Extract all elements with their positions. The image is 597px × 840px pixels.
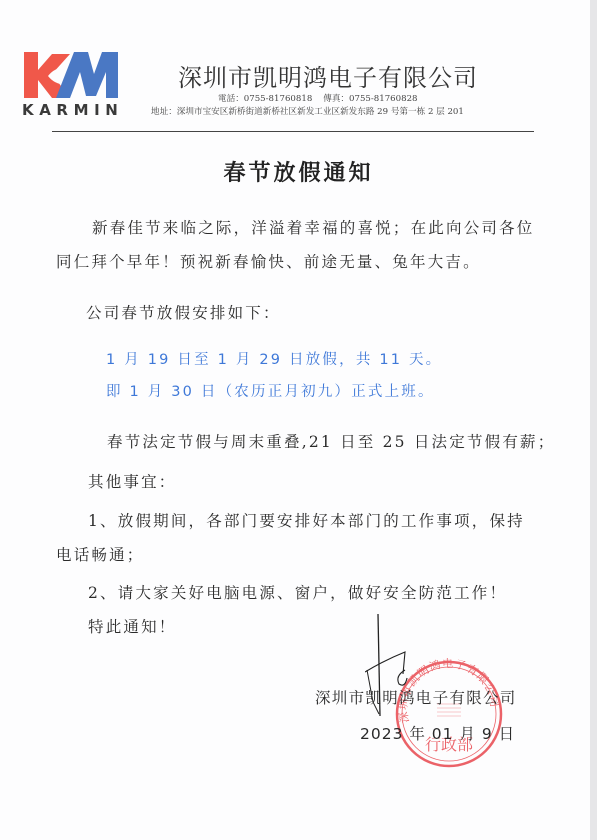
schedule-return: 即 1 月 30 日（农历正月初九）正式上班。 [106,380,435,401]
item-1-line-1: 1、放假期间，各部门要安排好本部门的工作事项，保持 [88,509,525,531]
greeting-line-1: 新春佳节来临之际，洋溢着幸福的喜悦；在此向公司各位 [92,216,535,238]
page-edge-strip [590,0,597,840]
legal-holiday-note: 春节法定节假与周末重叠,21 日至 25 日法定节假有薪； [107,430,555,452]
letterhead-contact: 電話：0755-81760818 傳真：0755-81760828 [218,92,418,104]
item-2: 2、请大家关好电脑电源、窗户，做好安全防范工作！ [88,581,507,603]
letterhead-divider [52,131,534,132]
logo-wordmark: KARMIN [22,101,122,119]
letterhead-company-name: 深圳市凯明鸿电子有限公司 [178,58,478,93]
closing-line: 特此通知！ [88,615,177,637]
item-1-line-2: 电话畅通； [56,543,145,565]
letterhead-address: 地址：深圳市宝安区新桥街道新桥社区新发工业区新发东路 29 号第一栋 2 层 2… [151,105,464,117]
other-matters-heading: 其他事宜： [88,470,177,492]
greeting-line-2: 同仁拜个早年！预祝新春愉快、前途无量、兔年大吉。 [56,250,481,272]
signature-date: 2023 年 01 月 9 日 [360,722,515,744]
schedule-intro: 公司春节放假安排如下： [86,301,281,323]
km-logo-icon [22,50,122,102]
notice-title: 春节放假通知 [0,156,597,187]
signature-company: 深圳市凯明鸿电子有限公司 [315,686,517,708]
schedule-dates: 1 月 19 日至 1 月 29 日放假，共 11 天。 [106,348,442,369]
